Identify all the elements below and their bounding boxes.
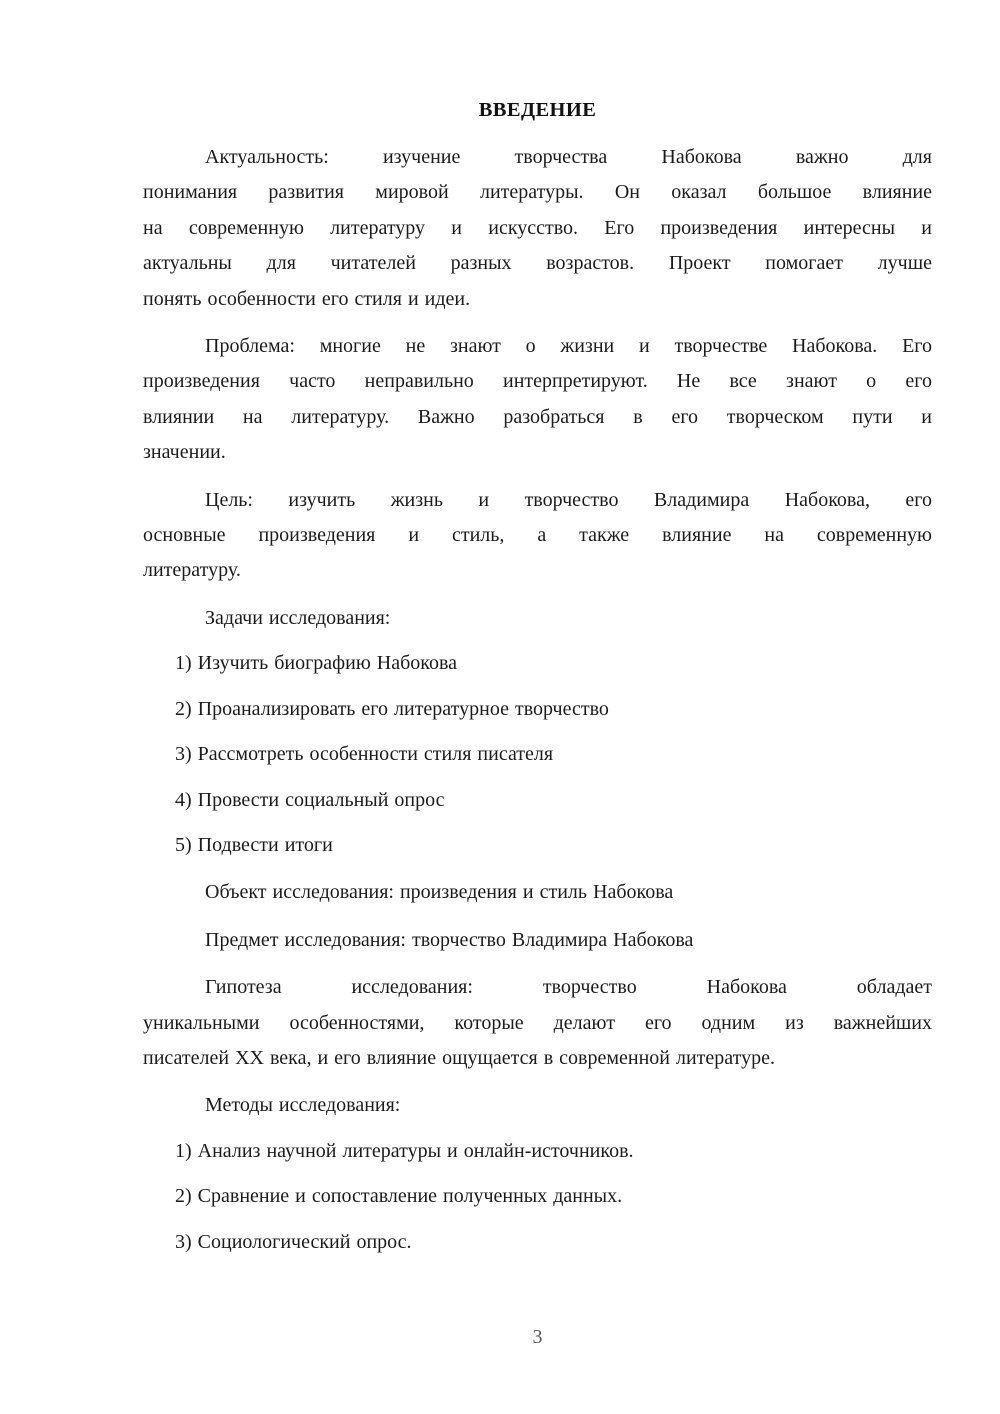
list-item: 2) Проанализировать его литературное тво… — [143, 692, 932, 727]
paragraph: Предмет исследования: творчество Владими… — [143, 923, 932, 958]
paragraph-line: понимания развития мировой литературы. О… — [143, 175, 932, 210]
list-item-line: 3) Социологический опрос. — [143, 1225, 932, 1260]
paragraph-line: Гипотеза исследования: творчество Набоко… — [143, 970, 932, 1005]
list-item-line: 4) Провести социальный опрос — [143, 783, 932, 818]
list-item-line: 2) Проанализировать его литературное тво… — [143, 692, 932, 727]
paragraph: Задачи исследования: — [143, 601, 932, 636]
paragraph-line: понять особенности его стиля и идеи. — [143, 282, 932, 317]
list-item: 3) Рассмотреть особенности стиля писател… — [143, 737, 932, 772]
paragraph: Проблема: многие не знают о жизни и твор… — [143, 329, 932, 471]
paragraph: Цель: изучить жизнь и творчество Владими… — [143, 483, 932, 589]
page-content: ВВЕДЕНИЕАктуальность: изучение творчеств… — [143, 93, 932, 1260]
list-item: 1) Изучить биографию Набокова — [143, 646, 932, 681]
paragraph: Актуальность: изучение творчества Набоко… — [143, 140, 932, 317]
list-item-line: 5) Подвести итоги — [143, 828, 932, 863]
paragraph: Гипотеза исследования: творчество Набоко… — [143, 970, 932, 1076]
paragraph-line: Проблема: многие не знают о жизни и твор… — [143, 329, 932, 364]
list-item-line: 1) Анализ научной литературы и онлайн-ис… — [143, 1134, 932, 1169]
paragraph-line: Цель: изучить жизнь и творчество Владими… — [143, 483, 932, 518]
paragraph-line: значении. — [143, 435, 932, 470]
paragraph-line: писателей XX века, и его влияние ощущает… — [143, 1041, 932, 1076]
paragraph: Методы исследования: — [143, 1088, 932, 1123]
paragraph-line: Предмет исследования: творчество Владими… — [143, 923, 932, 958]
paragraph-line: Задачи исследования: — [143, 601, 932, 636]
list-item-line: 2) Сравнение и сопоставление полученных … — [143, 1179, 932, 1214]
document-page: ВВЕДЕНИЕАктуальность: изучение творчеств… — [0, 0, 1000, 1414]
page-title: ВВЕДЕНИЕ — [143, 93, 932, 128]
paragraph-line: уникальными особенностями, которые делаю… — [143, 1006, 932, 1041]
paragraph-line: на современную литературу и искусство. Е… — [143, 211, 932, 246]
paragraph: Объект исследования: произведения и стил… — [143, 875, 932, 910]
paragraph-line: влиянии на литературу. Важно разобраться… — [143, 400, 932, 435]
list-item-line: 1) Изучить биографию Набокова — [143, 646, 932, 681]
list-item: 2) Сравнение и сопоставление полученных … — [143, 1179, 932, 1214]
list-item-line: 3) Рассмотреть особенности стиля писател… — [143, 737, 932, 772]
list-item: 5) Подвести итоги — [143, 828, 932, 863]
paragraph-line: Методы исследования: — [143, 1088, 932, 1123]
paragraph-line: Объект исследования: произведения и стил… — [143, 875, 932, 910]
list-item: 4) Провести социальный опрос — [143, 783, 932, 818]
paragraph-line: Актуальность: изучение творчества Набоко… — [143, 140, 932, 175]
paragraph-line: литературу. — [143, 553, 932, 588]
list-item: 1) Анализ научной литературы и онлайн-ис… — [143, 1134, 932, 1169]
document-heading: ВВЕДЕНИЕ — [143, 93, 932, 128]
page-number: 3 — [143, 1322, 932, 1352]
list-item: 3) Социологический опрос. — [143, 1225, 932, 1260]
paragraph-line: основные произведения и стиль, а также в… — [143, 518, 932, 553]
paragraph-line: произведения часто неправильно интерпрет… — [143, 364, 932, 399]
paragraph-line: актуальны для читателей разных возрастов… — [143, 246, 932, 281]
